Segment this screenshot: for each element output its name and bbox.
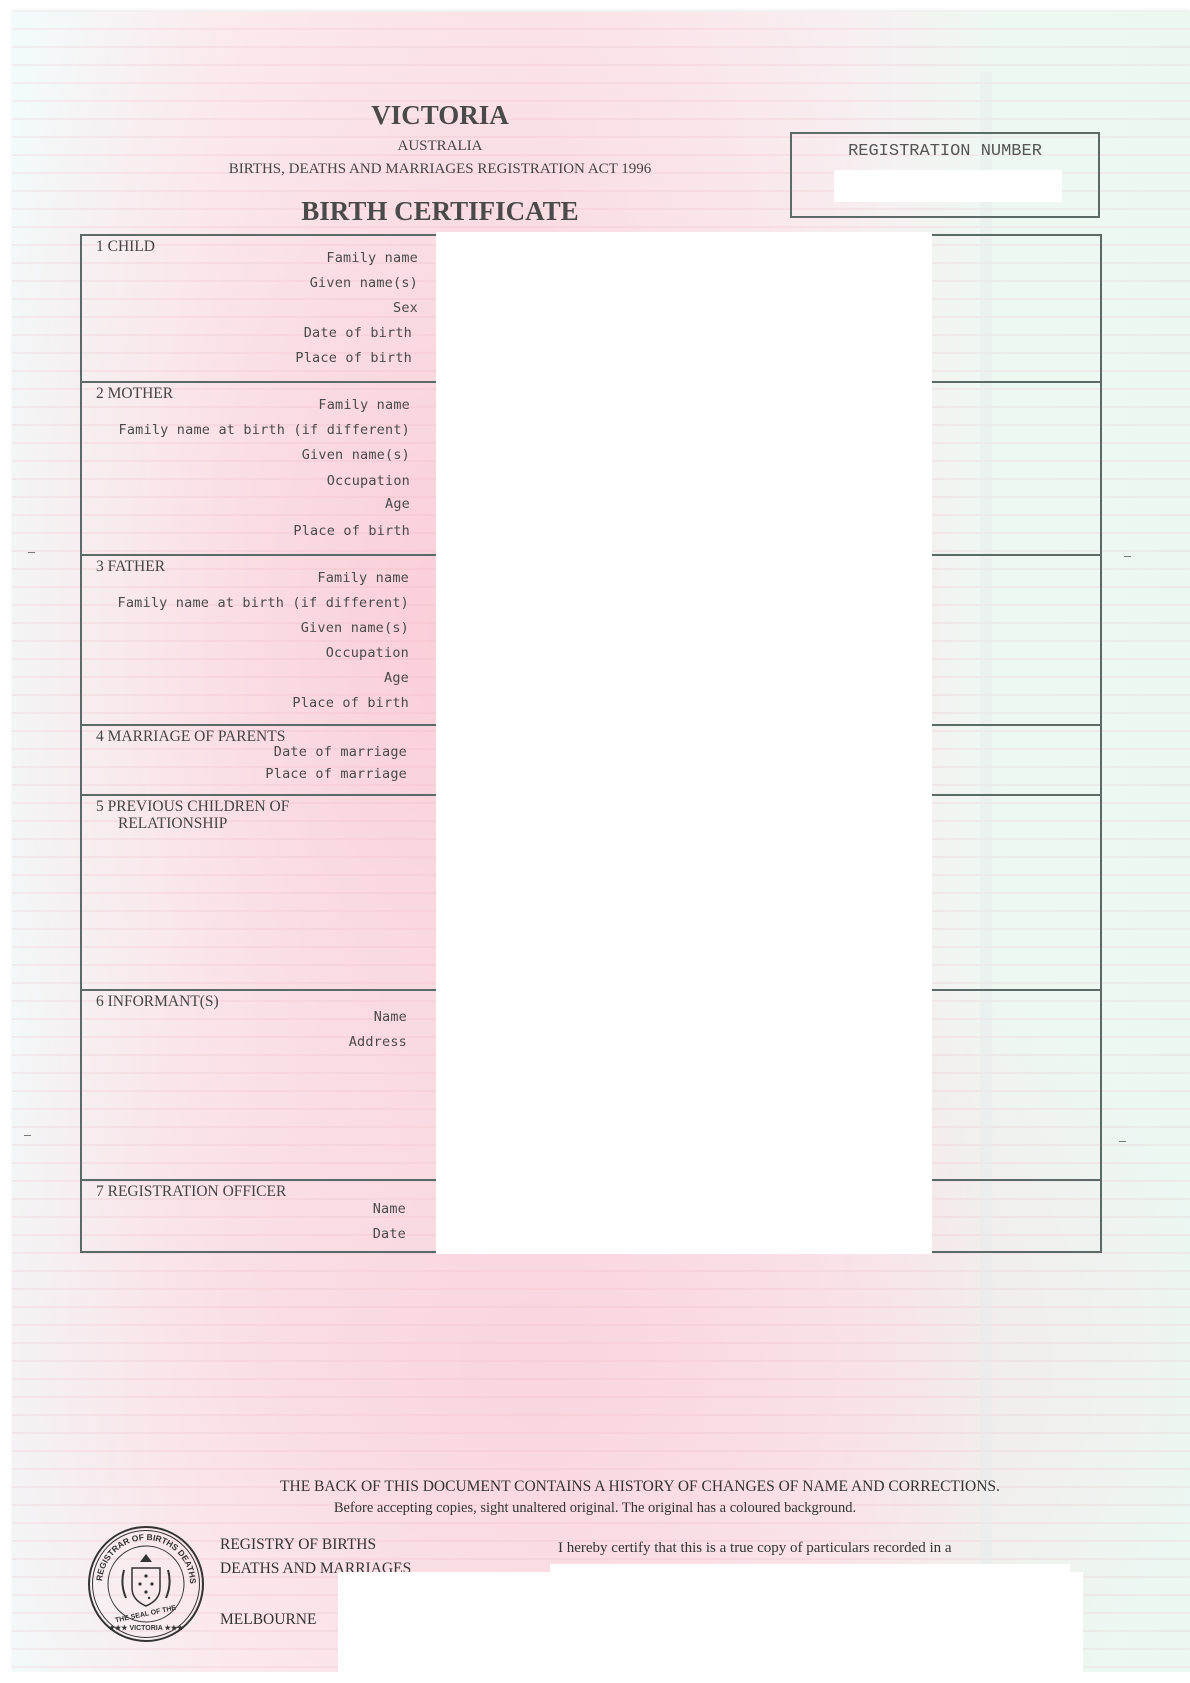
margin-mark [1119,1141,1126,1142]
value-cell-registration-officer [930,1179,1102,1253]
field-label: Place of birth [293,523,410,539]
field-label: Place of birth [292,695,409,711]
registry-name-line1: REGISTRY OF BIRTHS [220,1536,376,1554]
field-label: Given name(s) [310,275,418,291]
section-title: 5 PREVIOUS CHILDREN OF [96,798,289,815]
value-cell-informants [930,989,1102,1179]
section-child: 1 CHILD Family name Given name(s) Sex Da… [80,234,436,381]
value-cell-child [930,234,1102,381]
value-cell-previous-children [930,794,1102,989]
registration-number-box: REGISTRATION NUMBER [790,132,1100,218]
field-label: Date [373,1226,406,1242]
section-title: 2 MOTHER [96,385,173,402]
field-label: Place of birth [295,350,412,366]
section-title-line2: RELATIONSHIP [118,815,227,832]
section-title: 7 REGISTRATION OFFICER [96,1183,286,1200]
section-title: 4 MARRIAGE OF PARENTS [96,728,285,745]
section-informants: 6 INFORMANT(S) Name Address [80,989,436,1179]
field-label: Family name [326,250,418,266]
section-title: 6 INFORMANT(S) [96,993,219,1010]
field-label: Family name [317,570,409,586]
section-marriage-of-parents: 4 MARRIAGE OF PARENTS Date of marriage P… [80,724,436,794]
field-label: Given name(s) [301,620,409,636]
value-cell-mother [930,381,1102,554]
field-label: Occupation [326,645,409,661]
section-title: 1 CHILD [96,238,155,255]
field-label: Family name at birth (if different) [119,422,410,438]
field-label: Address [349,1034,407,1050]
margin-mark [28,552,35,553]
svg-text:★★★ VICTORIA ★★★: ★★★ VICTORIA ★★★ [109,1624,184,1632]
field-label: Age [385,496,410,512]
section-father: 3 FATHER Family name Family name at birt… [80,554,436,724]
margin-mark [24,1135,31,1136]
field-label: Family name [318,397,410,413]
section-mother: 2 MOTHER Family name Family name at birt… [80,381,436,554]
field-label: Sex [393,300,418,316]
back-of-document-notice: THE BACK OF THIS DOCUMENT CONTAINS A HIS… [45,1478,1190,1496]
svg-text:REGISTRAR OF BIRTHS DEATHS AND: REGISTRAR OF BIRTHS DEATHS AND MARRIAGES [86,1524,198,1584]
field-label: Date of birth [304,325,412,341]
field-label: Date of marriage [274,744,407,760]
field-label: Place of marriage [265,766,407,782]
value-cell-marriage [930,724,1102,794]
registry-city: MELBOURNE [220,1611,316,1629]
field-label: Given name(s) [302,447,410,463]
section-title: 3 FATHER [96,558,165,575]
field-label: Age [384,670,409,686]
state-heading: VICTORIA [0,100,880,131]
field-label: Family name at birth (if different) [118,595,409,611]
original-copy-notice: Before accepting copies, sight unaltered… [0,1500,1190,1517]
registration-number-value-redacted [834,170,1062,202]
registration-number-label: REGISTRATION NUMBER [792,142,1098,161]
registrar-seal-icon: REGISTRAR OF BIRTHS DEATHS AND MARRIAGES… [86,1524,206,1644]
section-registration-officer: 7 REGISTRATION OFFICER Name Date [80,1179,436,1253]
value-cell-father [930,554,1102,724]
redacted-signature-area [338,1572,1083,1668]
country-heading: AUSTRALIA [0,138,880,155]
document-title: BIRTH CERTIFICATE [0,196,880,227]
field-label: Occupation [327,473,410,489]
section-previous-children: 5 PREVIOUS CHILDREN OF RELATIONSHIP [80,794,436,989]
field-label: Name [374,1009,407,1025]
field-label: Name [373,1201,406,1217]
act-heading: BIRTHS, DEATHS AND MARRIAGES REGISTRATIO… [0,161,880,178]
redacted-values-area [436,232,932,1254]
margin-mark [1124,556,1131,557]
certification-statement: I hereby certify that this is a true cop… [558,1540,952,1557]
redacted-signature-area [338,1668,1083,1683]
